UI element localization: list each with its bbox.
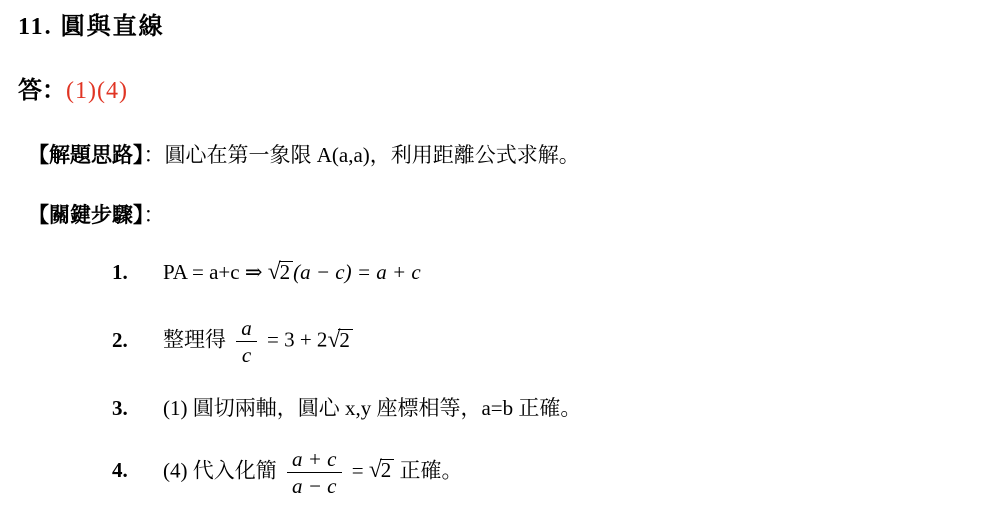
math-text: PA = a+c ⇒ [163, 260, 268, 284]
sqrt-radical: √2 [268, 260, 293, 284]
answer-line: 答：(1)(4) [18, 76, 970, 106]
answer-label: 答： [18, 78, 66, 104]
key-steps-heading: 【關鍵步驟】： [18, 202, 970, 229]
math-text: = 3 + 2 [262, 328, 328, 352]
solution-step-1: 1. PA = a+c ⇒ √2(a − c) = a + c [112, 257, 970, 288]
radicand: 2 [279, 261, 294, 283]
radicand: 2 [380, 459, 395, 481]
fraction: a + ca − c [287, 448, 342, 497]
step-text: 正確。 [394, 458, 462, 482]
problem-title-text: 11. 圓與直線 [18, 14, 165, 40]
step-content: (4) 代入化簡 a + ca − c = √2 正確。 [163, 448, 463, 497]
step-text: (1) 圓切兩軸，圓心 x,y 座標相等，a=b 正確。 [163, 396, 581, 420]
step-number: 3. [112, 395, 163, 422]
key-steps-colon: ： [144, 203, 165, 227]
fraction-numerator: a [236, 317, 257, 342]
step-number: 2. [112, 327, 163, 354]
sqrt-radical: √2 [327, 328, 352, 352]
solution-step-3: 3. (1) 圓切兩軸，圓心 x,y 座標相等，a=b 正確。 [112, 395, 970, 422]
solution-step-4: 4. (4) 代入化簡 a + ca − c = √2 正確。 [112, 448, 970, 497]
step-number: 4. [112, 457, 163, 484]
math-text: = [347, 458, 369, 482]
math-text: 整理得 [163, 328, 231, 352]
sqrt-radical: √2 [369, 458, 394, 482]
fraction-denominator: a − c [287, 473, 342, 497]
fraction-denominator: c [236, 342, 257, 366]
fraction: ac [236, 317, 257, 366]
answer-value: (1)(4) [66, 78, 128, 104]
approach-label: 【解題思路】 [28, 143, 144, 167]
solution-step-2: 2. 整理得 ac = 3 + 2√2 [112, 317, 970, 366]
approach-text: ：圓心在第一象限 A(a,a)，利用距離公式求解。 [144, 143, 580, 167]
step-content: PA = a+c ⇒ √2(a − c) = a + c [163, 257, 421, 288]
step-content: (1) 圓切兩軸，圓心 x,y 座標相等，a=b 正確。 [163, 395, 581, 422]
step-content: 整理得 ac = 3 + 2√2 [163, 317, 353, 366]
fraction-numerator: a + c [287, 448, 342, 473]
math-expression: (a − c) = a + c [293, 260, 421, 284]
step-number: 1. [112, 259, 163, 286]
approach-line: 【解題思路】：圓心在第一象限 A(a,a)，利用距離公式求解。 [18, 142, 970, 169]
key-steps-label: 【關鍵步驟】 [28, 203, 144, 227]
math-text: (4) 代入化簡 [163, 458, 282, 482]
problem-title: 11. 圓與直線 [18, 12, 970, 42]
radicand: 2 [338, 329, 353, 351]
document-page: 11. 圓與直線 答：(1)(4) 【解題思路】：圓心在第一象限 A(a,a)，… [0, 0, 990, 508]
